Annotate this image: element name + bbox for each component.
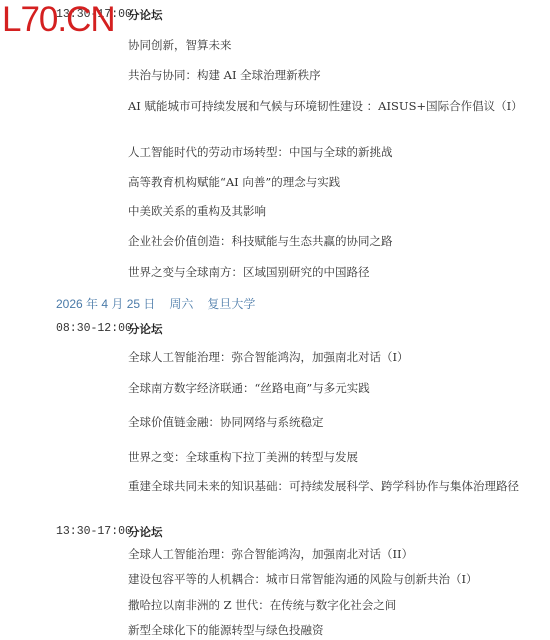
forum-item: 建设包容平等的人机耦合：城市日常智能沟通的风险与创新共治（I）: [128, 571, 478, 587]
day-header: 2026 年 4 月 25 日周六复旦大学: [56, 296, 269, 312]
forum-item: 企业社会价值创造：科技赋能与生态共赢的协同之路: [128, 233, 393, 249]
forum-item: 共治与协同：构建 AI 全球治理新秩序: [128, 67, 321, 83]
forum-item: 全球人工智能治理：弥合智能鸿沟，加强南北对话（I）: [128, 349, 409, 365]
session-label: 分论坛: [128, 321, 163, 337]
day-weekday: 周六: [169, 297, 193, 311]
forum-item: 新型全球化下的能源转型与绿色投融资: [128, 622, 324, 638]
session-label: 分论坛: [128, 524, 163, 540]
forum-item: AI 赋能城市可持续发展和气候与环境韧性建设 ：AISUS+国际合作倡议（I）: [128, 98, 533, 114]
session-time: 13:30-17:00: [56, 524, 132, 540]
day-venue: 复旦大学: [207, 297, 255, 311]
session-time: 08:30-12:00: [56, 321, 132, 337]
day-date: 2026 年 4 月 25 日: [56, 297, 155, 311]
forum-item: 全球南方数字经济联通：“丝路电商”与多元实践: [128, 380, 370, 396]
forum-item: 中美欧关系的重构及其影响: [128, 203, 266, 219]
forum-item: 全球人工智能治理：弥合智能鸿沟，加强南北对话（II）: [128, 546, 413, 562]
watermark-logo: L70.CN: [2, 2, 115, 38]
forum-item: 人工智能时代的劳动市场转型：中国与全球的新挑战: [128, 144, 393, 160]
forum-item: 重建全球共同未来的知识基础：可持续发展科学、跨学科协作与集体治理路径: [128, 478, 533, 494]
forum-item: 撒哈拉以南非洲的 Z 世代：在传统与数字化社会之间: [128, 597, 396, 613]
forum-item: 协同创新，智算未来: [128, 37, 232, 53]
session-label: 分论坛: [128, 7, 163, 23]
forum-item: 世界之变与全球南方：区域国别研究的中国路径: [128, 264, 370, 280]
forum-item: 全球价值链金融：协同网络与系统稳定: [128, 414, 324, 430]
forum-item: 世界之变：全球重构下拉丁美洲的转型与发展: [128, 449, 358, 465]
forum-item: 高等教育机构赋能“AI 向善”的理念与实践: [128, 174, 340, 190]
